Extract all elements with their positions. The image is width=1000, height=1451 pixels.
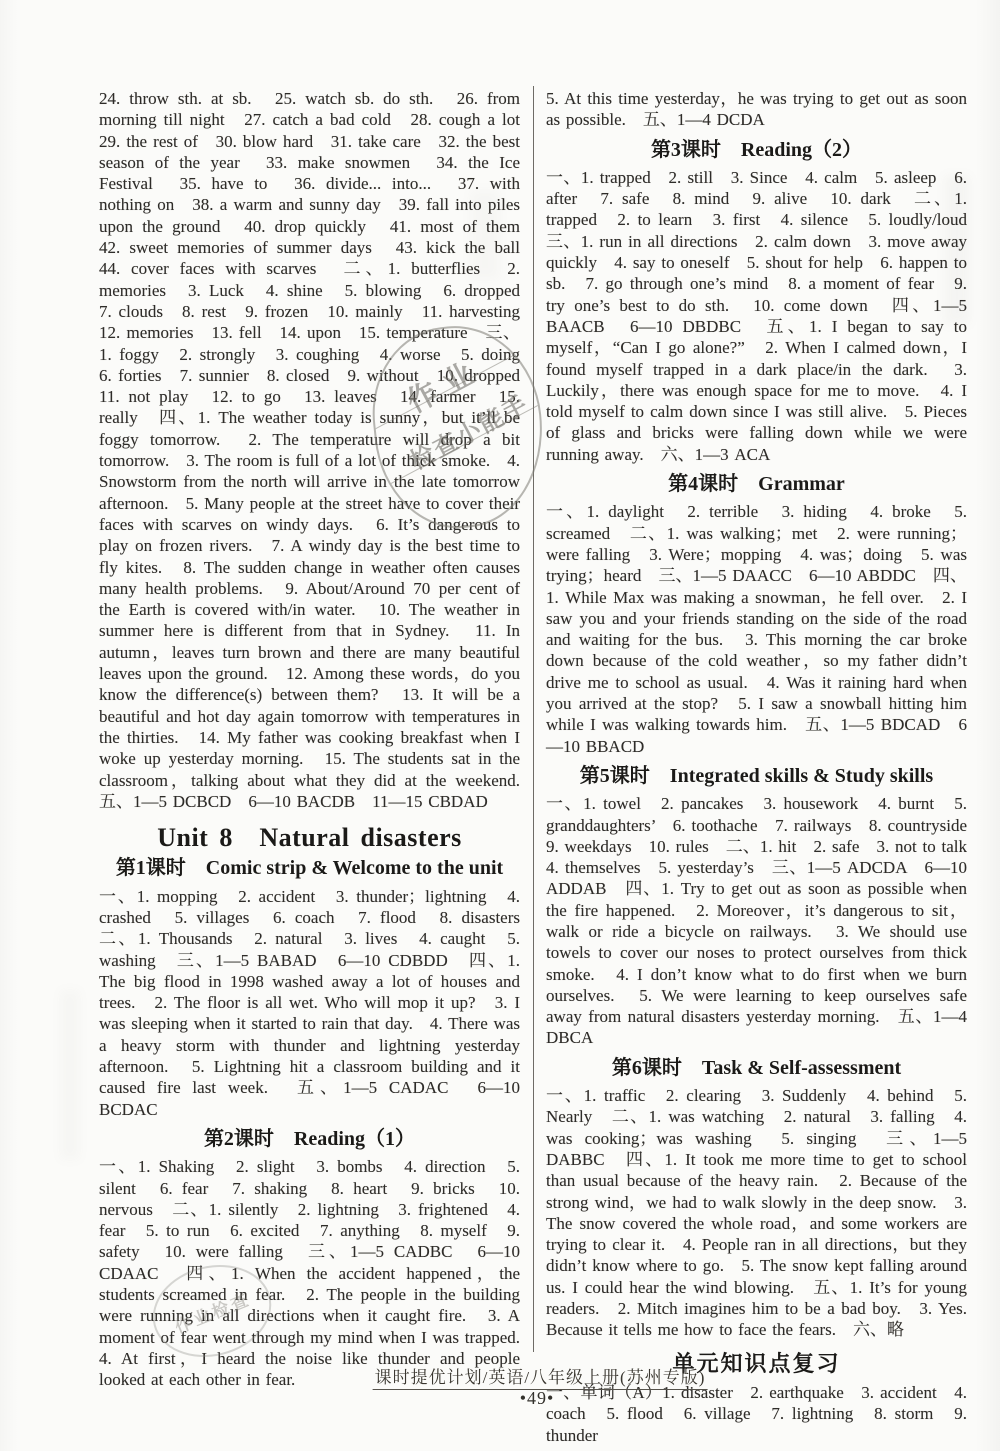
right-column: 5. At this time yesterday，he was trying … [546,88,967,1446]
answers-continuation-paragraph: 24. throw sth. at sb. 25. watch sb. do s… [99,88,520,812]
lesson-2-heading: 第2课时 Reading（1） [99,1129,520,1150]
lesson-4-answers-paragraph: 一、1. daylight 2. terrible 3. hiding 4. b… [546,501,967,757]
column-divider-rule [533,86,534,1352]
lesson-3-heading: 第3课时 Reading（2） [546,140,967,161]
book-title-footer: 课时提优计划/英语/八年级上册(苏州专版) [373,1363,708,1390]
lesson-1-answers-paragraph: 一、1. mopping 2. accident 3. thunder；ligh… [99,886,520,1120]
unit-review-answers-paragraph: 一、单词（A）1. disaster 2. earthquake 3. acci… [546,1382,967,1446]
lesson-4-heading: 第4课时 Grammar [546,474,967,495]
bleed-through-mark [60,990,80,1160]
left-column: 24. throw sth. at sb. 25. watch sb. do s… [99,88,520,1391]
unit-8-heading: Unit 8 Natural disasters [99,827,520,848]
lesson-3-answers-paragraph: 一、1. trapped 2. still 3. Since 4. calm 5… [546,167,967,465]
lesson-6-answers-paragraph: 一、1. traffic 2. clearing 3. Suddenly 4. … [546,1085,967,1341]
lesson-5-heading: 第5课时 Integrated skills & Study skills [546,766,967,787]
lesson-5-answers-paragraph: 一、1. towel 2. pancakes 3. housework 4. b… [546,793,967,1049]
lesson-2-answers-continuation: 5. At this time yesterday，he was trying … [546,88,967,131]
lesson-6-heading: 第6课时 Task & Self-assessment [546,1058,967,1079]
lesson-1-heading: 第1课时 Comic strip & Welcome to the unit [99,858,520,879]
page-number: •49• [520,1388,555,1409]
lesson-2-answers-paragraph: 一、1. Shaking 2. slight 3. bombs 4. direc… [99,1156,520,1390]
